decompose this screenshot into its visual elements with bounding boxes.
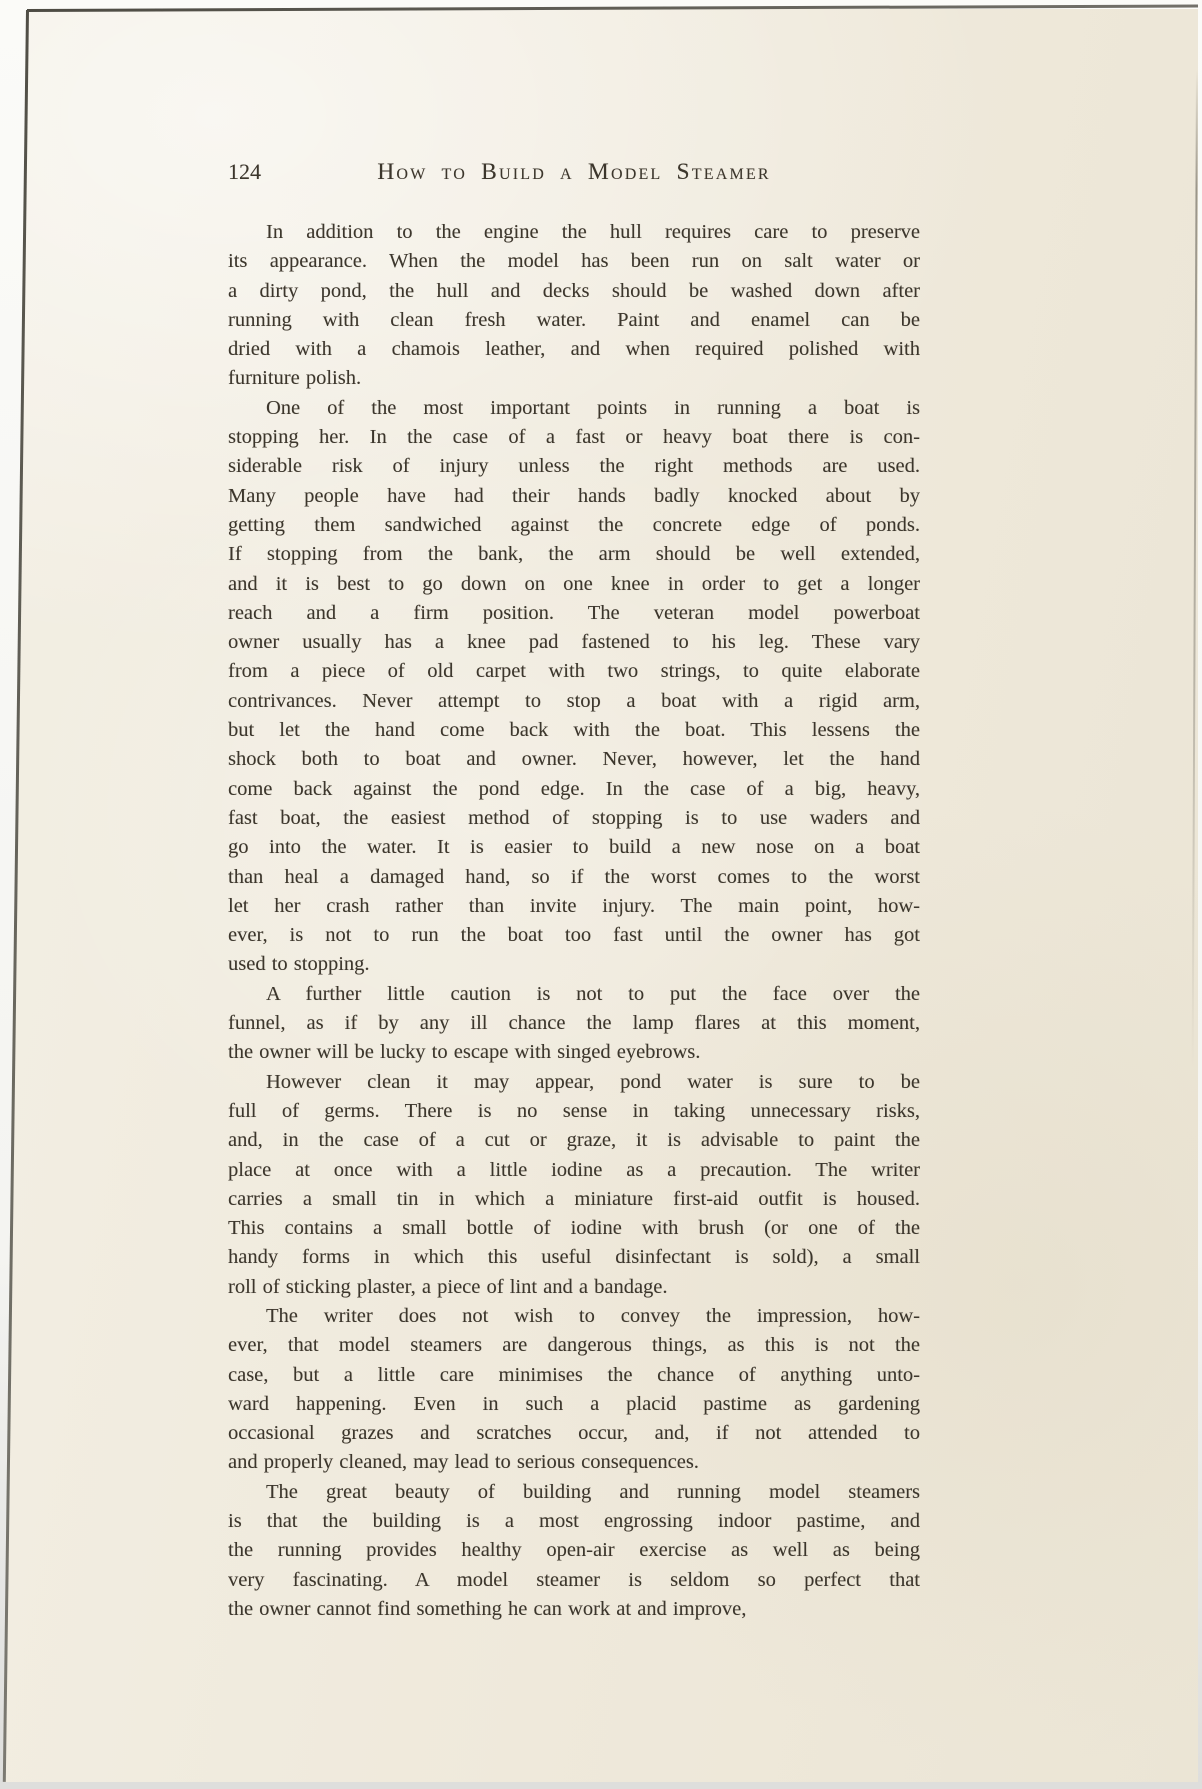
text-line: One of the most important points in runn… (228, 394, 920, 423)
text-line: handy forms in which this useful disinfe… (228, 1243, 920, 1272)
text-line: a dirty pond, the hull and decks should … (228, 277, 920, 306)
paragraph: In addition to the engine the hull requi… (228, 218, 920, 394)
text-line: A further little caution is not to put t… (228, 980, 920, 1009)
text-line: siderable risk of injury unless the righ… (228, 452, 920, 481)
text-line: occasional grazes and scratches occur, a… (228, 1419, 920, 1448)
text-line: running with clean fresh water. Paint an… (228, 306, 920, 335)
page-body: In addition to the engine the hull requi… (228, 218, 920, 1624)
text-line: The great beauty of building and running… (228, 1478, 920, 1507)
text-line: than heal a damaged hand, so if the wors… (228, 863, 920, 892)
text-line: come back against the pond edge. In the … (228, 775, 920, 804)
paragraph: However clean it may appear, pond water … (228, 1068, 920, 1302)
text-line: The writer does not wish to convey the i… (228, 1302, 920, 1331)
text-line: If stopping from the bank, the arm shoul… (228, 540, 920, 569)
text-line: contrivances. Never attempt to stop a bo… (228, 687, 920, 716)
text-line: the running provides healthy open-air ex… (228, 1536, 920, 1565)
text-line: and properly cleaned, may lead to seriou… (228, 1448, 920, 1477)
text-line: ward happening. Even in such a placid pa… (228, 1390, 920, 1419)
text-line: furniture polish. (228, 364, 920, 393)
paragraph: A further little caution is not to put t… (228, 980, 920, 1068)
text-line: In addition to the engine the hull requi… (228, 218, 920, 247)
text-line: the owner will be lucky to escape with s… (228, 1038, 920, 1067)
text-line: the owner cannot find something he can w… (228, 1595, 920, 1624)
text-line: This contains a small bottle of iodine w… (228, 1214, 920, 1243)
text-line: dried with a chamois leather, and when r… (228, 335, 920, 364)
text-line: ever, is not to run the boat too fast un… (228, 921, 920, 950)
text-line: let her crash rather than invite injury.… (228, 892, 920, 921)
text-line: and, in the case of a cut or graze, it i… (228, 1126, 920, 1155)
running-title: How to Build a Model Steamer (228, 158, 920, 186)
text-line: full of germs. There is no sense in taki… (228, 1097, 920, 1126)
text-line: reach and a firm position. The veteran m… (228, 599, 920, 628)
text-line: its appearance. When the model has been … (228, 247, 920, 276)
text-line: fast boat, the easiest method of stoppin… (228, 804, 920, 833)
paragraph: One of the most important points in runn… (228, 394, 920, 980)
paragraph: The writer does not wish to convey the i… (228, 1302, 920, 1478)
text-line: funnel, as if by any ill chance the lamp… (228, 1009, 920, 1038)
text-line: carries a small tin in which a miniature… (228, 1185, 920, 1214)
text-line: but let the hand come back with the boat… (228, 716, 920, 745)
text-line: from a piece of old carpet with two stri… (228, 657, 920, 686)
text-line: case, but a little care minimises the ch… (228, 1361, 920, 1390)
text-line: roll of sticking plaster, a piece of lin… (228, 1273, 920, 1302)
text-line: Many people have had their hands badly k… (228, 482, 920, 511)
text-line: However clean it may appear, pond water … (228, 1068, 920, 1097)
text-line: very fascinating. A model steamer is sel… (228, 1566, 920, 1595)
text-line: stopping her. In the case of a fast or h… (228, 423, 920, 452)
text-line: used to stopping. (228, 950, 920, 979)
paragraph: The great beauty of building and running… (228, 1478, 920, 1624)
text-line: is that the building is a most engrossin… (228, 1507, 920, 1536)
text-line: ever, that model steamers are dangerous … (228, 1331, 920, 1360)
page-content: 124 How to Build a Model Steamer In addi… (228, 158, 920, 1624)
page-header: 124 How to Build a Model Steamer (228, 158, 920, 186)
text-line: shock both to boat and owner. Never, how… (228, 745, 920, 774)
text-line: getting them sandwiched against the conc… (228, 511, 920, 540)
text-line: place at once with a little iodine as a … (228, 1156, 920, 1185)
text-line: and it is best to go down on one knee in… (228, 570, 920, 599)
page-number: 124 (228, 158, 261, 186)
text-line: go into the water. It is easier to build… (228, 833, 920, 862)
text-line: owner usually has a knee pad fastened to… (228, 628, 920, 657)
scanned-book-page: { "colors": { "paper": "#efe9db", "ink":… (0, 0, 1202, 1789)
